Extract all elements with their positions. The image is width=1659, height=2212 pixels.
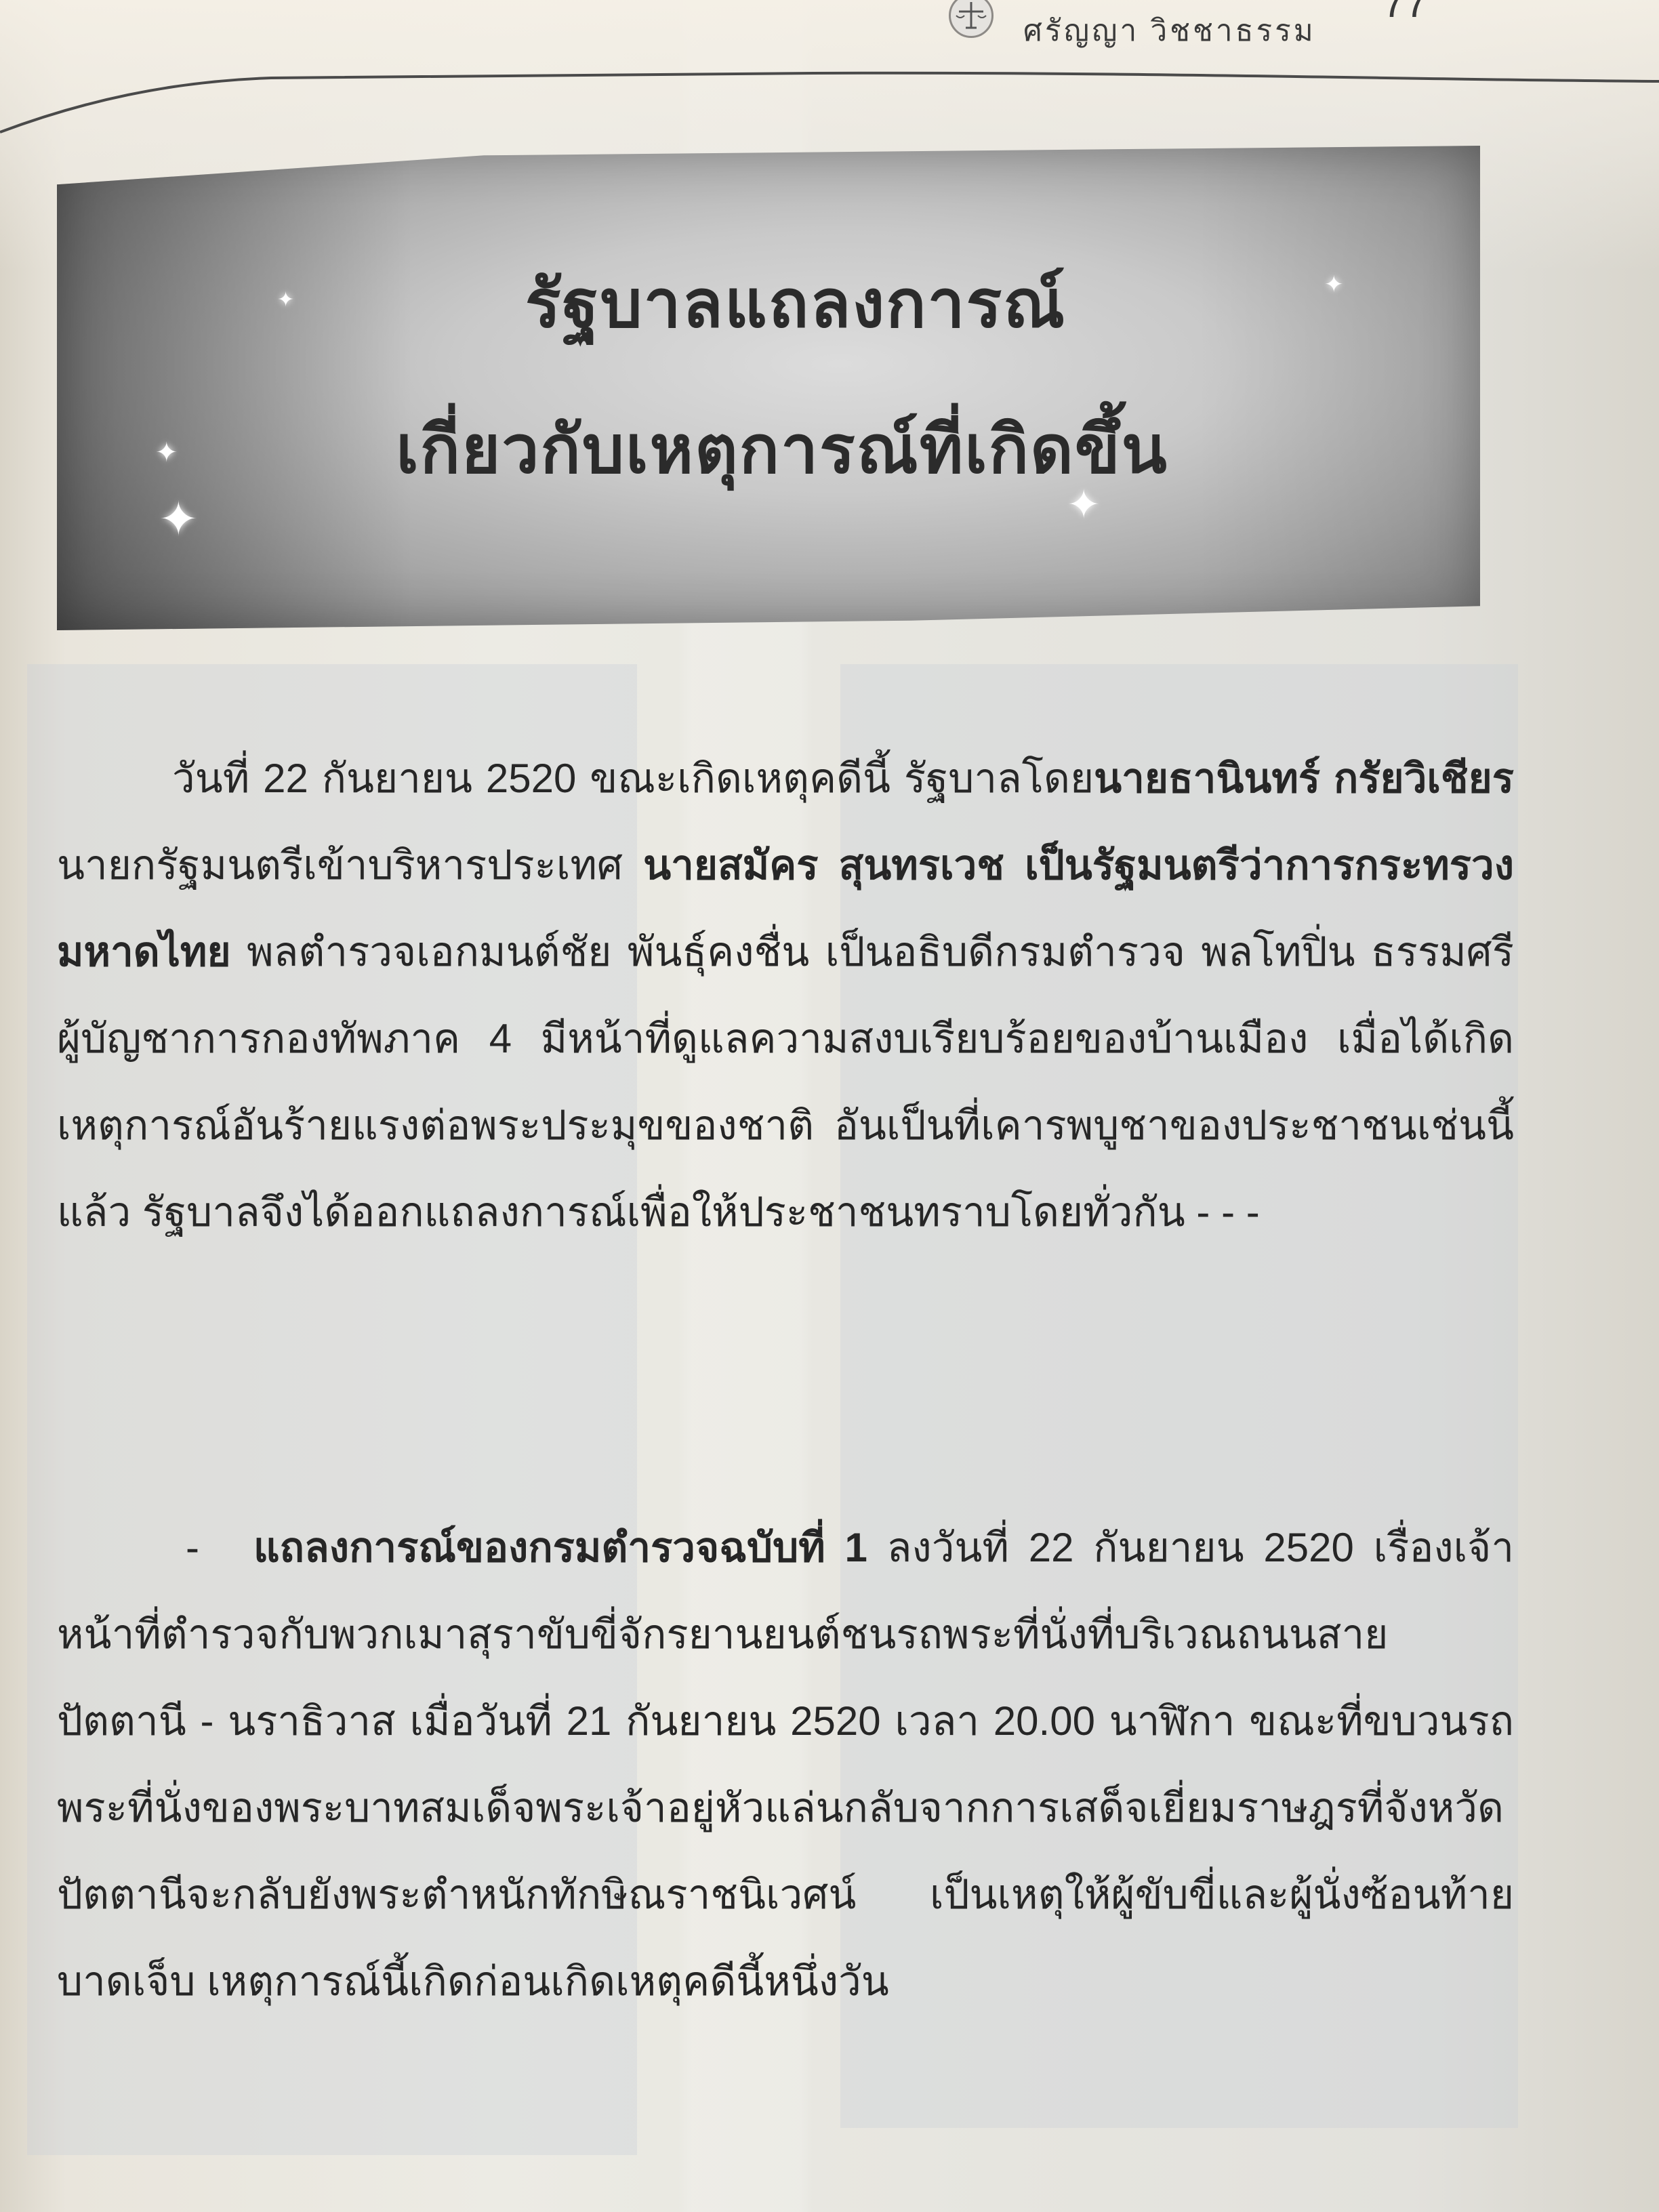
text-segment: วันที่ 22 กันยายน 2520 ขณะเกิดเหตุคดีนี้… bbox=[172, 756, 1094, 801]
paragraph-government-statement: วันที่ 22 กันยายน 2520 ขณะเกิดเหตุคดีนี้… bbox=[57, 735, 1514, 1256]
bullet-dash: - bbox=[57, 1504, 253, 1591]
title-line-1: รัฐบาลแถลงการณ์ bbox=[57, 251, 1507, 356]
title-line-2: เกี่ยวกับเหตุการณ์ที่เกิดขึ้น bbox=[57, 396, 1494, 502]
bold-name-thanin: นายธานินทร์ กรัยวิเชียร bbox=[1094, 756, 1514, 801]
title-banner: ✦ ✦ ✦ ✦ ✦ รัฐบาลแถลงการณ์ เกี่ยวกับเหตุก… bbox=[57, 146, 1480, 630]
running-header-author: ศรัญญา วิชชาธรรม bbox=[1023, 7, 1316, 54]
text-segment: พลตำรวจเอกมนต์ชัย พันธุ์คงชื่น เป็นอธิบด… bbox=[57, 929, 1514, 1235]
paragraph-police-statement-1: -แถลงการณ์ของกรมตำรวจฉบับที่ 1 ลงวันที่ … bbox=[57, 1504, 1514, 2025]
scales-of-justice-icon bbox=[949, 0, 994, 38]
text-segment: นายกรัฐมนตรีเข้าบริหารประเทศ bbox=[57, 842, 643, 888]
bold-statement-title: แถลงการณ์ของกรมตำรวจฉบับที่ 1 bbox=[253, 1525, 867, 1570]
header-divider-line bbox=[0, 68, 1659, 142]
page-number: 77 bbox=[1382, 0, 1428, 26]
text-segment: ลงวันที่ 22 กันยายน 2520 เรื่องเจ้าหน้าท… bbox=[57, 1525, 1514, 2004]
